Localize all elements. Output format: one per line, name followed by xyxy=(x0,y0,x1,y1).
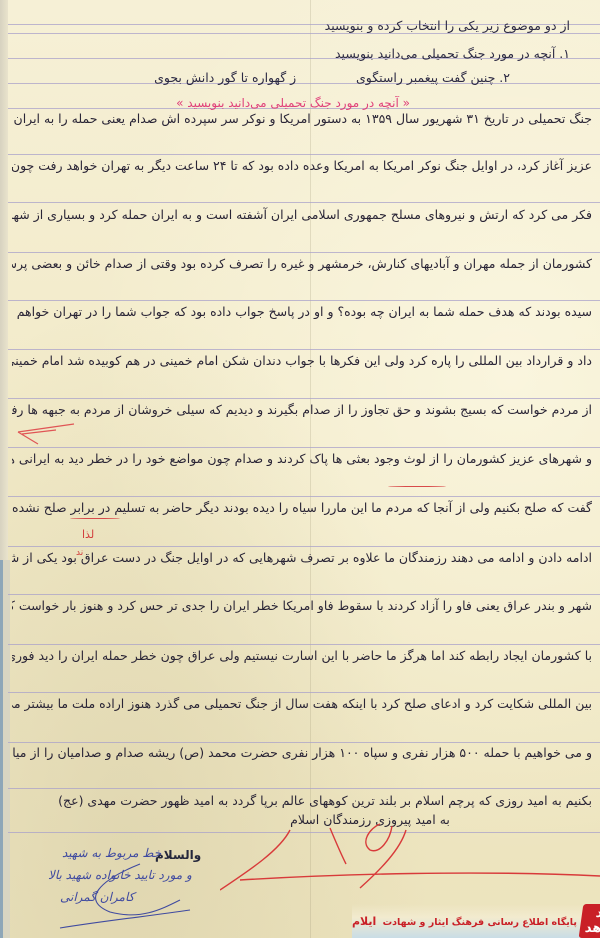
essay-line: سیده بودند که هدف حمله شما به ایران چه ب… xyxy=(12,304,592,319)
rule-line xyxy=(8,496,600,497)
essay-line: شهر و بندر عراق یعنی فاو را آزاد کردند ب… xyxy=(12,598,592,613)
scan-edge-bottom xyxy=(0,560,10,938)
essay-line: ادامه دادن و ادامه می دهند رزمندگان ما ع… xyxy=(12,550,592,565)
rule-line xyxy=(8,594,600,595)
rule-line xyxy=(8,742,600,743)
rule-line xyxy=(8,300,600,301)
essay-line: فکر می کرد که ارتش و نیروهای مسلح جمهوری… xyxy=(12,207,592,222)
essay-line: عزیز آغاز کرد، در اوایل جنگ نوکر امریکا … xyxy=(12,158,592,173)
essay-line: بکنیم به امید روزی که پرچم اسلام بر بلند… xyxy=(12,793,592,808)
rule-line xyxy=(8,33,600,34)
essay-line: بین المللی شکایت کرد و ادعای صلح کرد با … xyxy=(12,696,592,711)
watermark-site-name: پایگاه اطلاع رسانی فرهنگ ایثار و شهادت xyxy=(383,917,577,928)
essay-line: داد و قرارداد بین المللی را پاره کرد ولی… xyxy=(12,353,592,368)
signature-scribble-icon xyxy=(40,850,220,938)
rule-line xyxy=(8,546,600,547)
rule-line xyxy=(8,202,600,203)
essay-line: و می خواهیم با حمله ۵۰۰ هزار نفری و سپاه… xyxy=(12,745,592,760)
watermark-text: پایگاه اطلاع رسانی فرهنگ ایثار و شهادت ا… xyxy=(352,915,577,928)
rule-line xyxy=(8,692,600,693)
essay-line: و شهرهای عزیز کشورمان را از لوث وجود بعث… xyxy=(12,451,592,466)
essay-line: گفت که صلح بکنیم ولی از آنجا که مردم ما … xyxy=(12,500,592,515)
essay-title: « آنچه در مورد جنگ تحمیلی می‌دانید بنویس… xyxy=(12,96,410,110)
essay-line: جنگ تحمیلی در تاریخ ۳۱ شهریور سال ۱۳۵۹ ب… xyxy=(12,111,592,126)
rule-line xyxy=(8,154,600,155)
topic-one-line: ۱. آنچه در مورد جنگ تحمیلی می‌دانید بنوی… xyxy=(12,46,570,61)
topic-two-part-b: ز گهواره تا گور دانش بجوی xyxy=(154,70,296,85)
red-underline xyxy=(388,486,446,487)
red-underline xyxy=(70,518,120,519)
essay-line: با کشورمان ایجاد رابطه کند اما هرگز ما ح… xyxy=(12,648,592,663)
rule-line xyxy=(8,644,600,645)
instruction-line: از دو موضوع زیر یکی را انتخاب کرده و بنو… xyxy=(12,18,570,33)
essay-line: کشورمان از جمله مهران و آبادیهای کنارش، … xyxy=(12,256,592,271)
teacher-superscript-note: ند xyxy=(76,548,83,558)
rule-line xyxy=(8,349,600,350)
rule-line xyxy=(8,447,600,448)
teacher-note: لذا xyxy=(82,528,94,541)
topic-two-part-a: ۲. چنین گفت پیغمبر راستگوی xyxy=(356,70,510,85)
watermark-logo: نوید شاهد xyxy=(579,904,600,938)
rule-line xyxy=(8,398,600,399)
site-watermark: نوید شاهد پایگاه اطلاع رسانی فرهنگ ایثار… xyxy=(352,904,600,938)
rule-line xyxy=(8,252,600,253)
red-margin-arrow-icon xyxy=(16,420,76,450)
topic-two-line: ۲. چنین گفت پیغمبر راستگوی ز گهواره تا گ… xyxy=(12,70,570,85)
essay-line: از مردم خواست که بسیج بشوند و حق تجاوز ر… xyxy=(12,402,592,417)
rule-line xyxy=(8,788,600,789)
watermark-city: ایلام xyxy=(352,915,376,928)
